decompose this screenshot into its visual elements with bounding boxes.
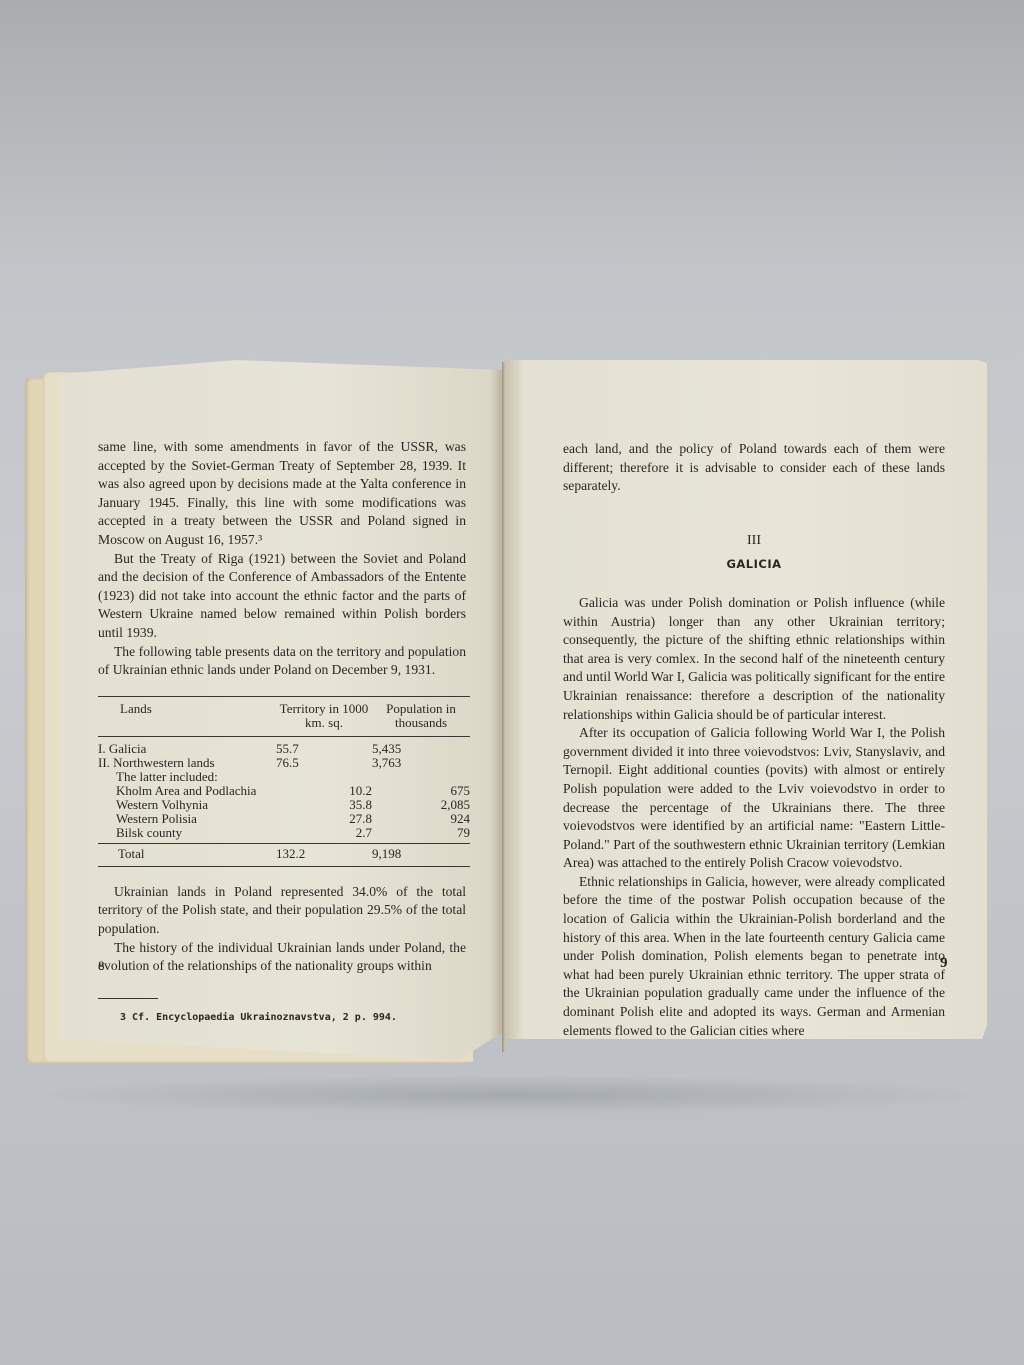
cell-land: Bilsk county bbox=[98, 826, 276, 844]
header-population: Population in thousands bbox=[372, 696, 470, 736]
table-row: I. Galicia 55.7 5,435 bbox=[98, 736, 470, 756]
paragraph: Ethnic relationships in Galicia, however… bbox=[563, 873, 945, 1040]
table-header-row: Lands Territory in 1000 km. sq. Populati… bbox=[98, 696, 470, 736]
cell-population: 2,085 bbox=[422, 798, 470, 812]
cell-territory: 55.7 bbox=[276, 736, 324, 756]
table-row: Western Volhynia 35.8 2,085 bbox=[98, 798, 470, 812]
cell-total-territory: 132.2 bbox=[276, 843, 324, 866]
cell-total-population: 9,198 bbox=[372, 843, 422, 866]
cell-territory: 27.8 bbox=[324, 812, 372, 826]
right-page-text: each land, and the policy of Poland towa… bbox=[563, 440, 945, 1040]
paragraph: each land, and the policy of Poland towa… bbox=[563, 440, 945, 496]
header-territory: Territory in 1000 km. sq. bbox=[276, 696, 372, 736]
cell-total-label: Total bbox=[98, 843, 276, 866]
chapter-number: III bbox=[563, 532, 945, 551]
paragraph: Ukrainian lands in Poland represented 34… bbox=[98, 883, 466, 939]
cell-land: The latter included: bbox=[98, 770, 276, 784]
cell-population: 675 bbox=[422, 784, 470, 798]
cell-land: I. Galicia bbox=[98, 736, 276, 756]
table-total-row: Total 132.2 9,198 bbox=[98, 843, 470, 866]
table-row: The latter included: bbox=[98, 770, 470, 784]
cell-land: Western Polisia bbox=[98, 812, 276, 826]
page-number-right: 9 bbox=[940, 955, 948, 972]
page-number-left: 8 bbox=[98, 958, 105, 974]
paragraph: same line, with some amendments in favor… bbox=[98, 438, 466, 550]
book-gutter bbox=[502, 362, 505, 1052]
table-row: Kholm Area and Podlachia 10.2 675 bbox=[98, 784, 470, 798]
cell-territory: 10.2 bbox=[324, 784, 372, 798]
cell-population: 79 bbox=[422, 826, 470, 844]
left-page-text: same line, with some amendments in favor… bbox=[98, 438, 466, 1027]
book-shadow bbox=[30, 1075, 990, 1115]
table-row: II. Northwestern lands 76.5 3,763 bbox=[98, 756, 470, 770]
territory-population-table: Lands Territory in 1000 km. sq. Populati… bbox=[98, 696, 470, 867]
paragraph: After its occupation of Galicia followin… bbox=[563, 724, 945, 873]
cell-population: 3,763 bbox=[372, 756, 422, 770]
footnote-divider bbox=[98, 998, 158, 999]
table-row: Western Polisia 27.8 924 bbox=[98, 812, 470, 826]
cell-territory: 2.7 bbox=[324, 826, 372, 844]
cell-territory: 76.5 bbox=[276, 756, 324, 770]
paragraph: But the Treaty of Riga (1921) between th… bbox=[98, 550, 466, 643]
cell-land: Kholm Area and Podlachia bbox=[98, 784, 276, 798]
cell-territory: 35.8 bbox=[324, 798, 372, 812]
cell-land: Western Volhynia bbox=[98, 798, 276, 812]
footnote: 3 Cf. Encyclopaedia Ukrainoznavstva, 2 p… bbox=[98, 1009, 466, 1028]
paragraph: The following table presents data on the… bbox=[98, 643, 466, 680]
cell-land: II. Northwestern lands bbox=[98, 756, 276, 770]
paragraph: Galicia was under Polish domination or P… bbox=[563, 594, 945, 724]
cell-population: 5,435 bbox=[372, 736, 422, 756]
table-row: Bilsk county 2.7 79 bbox=[98, 826, 470, 844]
header-lands: Lands bbox=[98, 696, 276, 736]
chapter-title: GALICIA bbox=[563, 555, 945, 574]
cell-population: 924 bbox=[422, 812, 470, 826]
paragraph: The history of the individual Ukrainian … bbox=[98, 939, 466, 976]
